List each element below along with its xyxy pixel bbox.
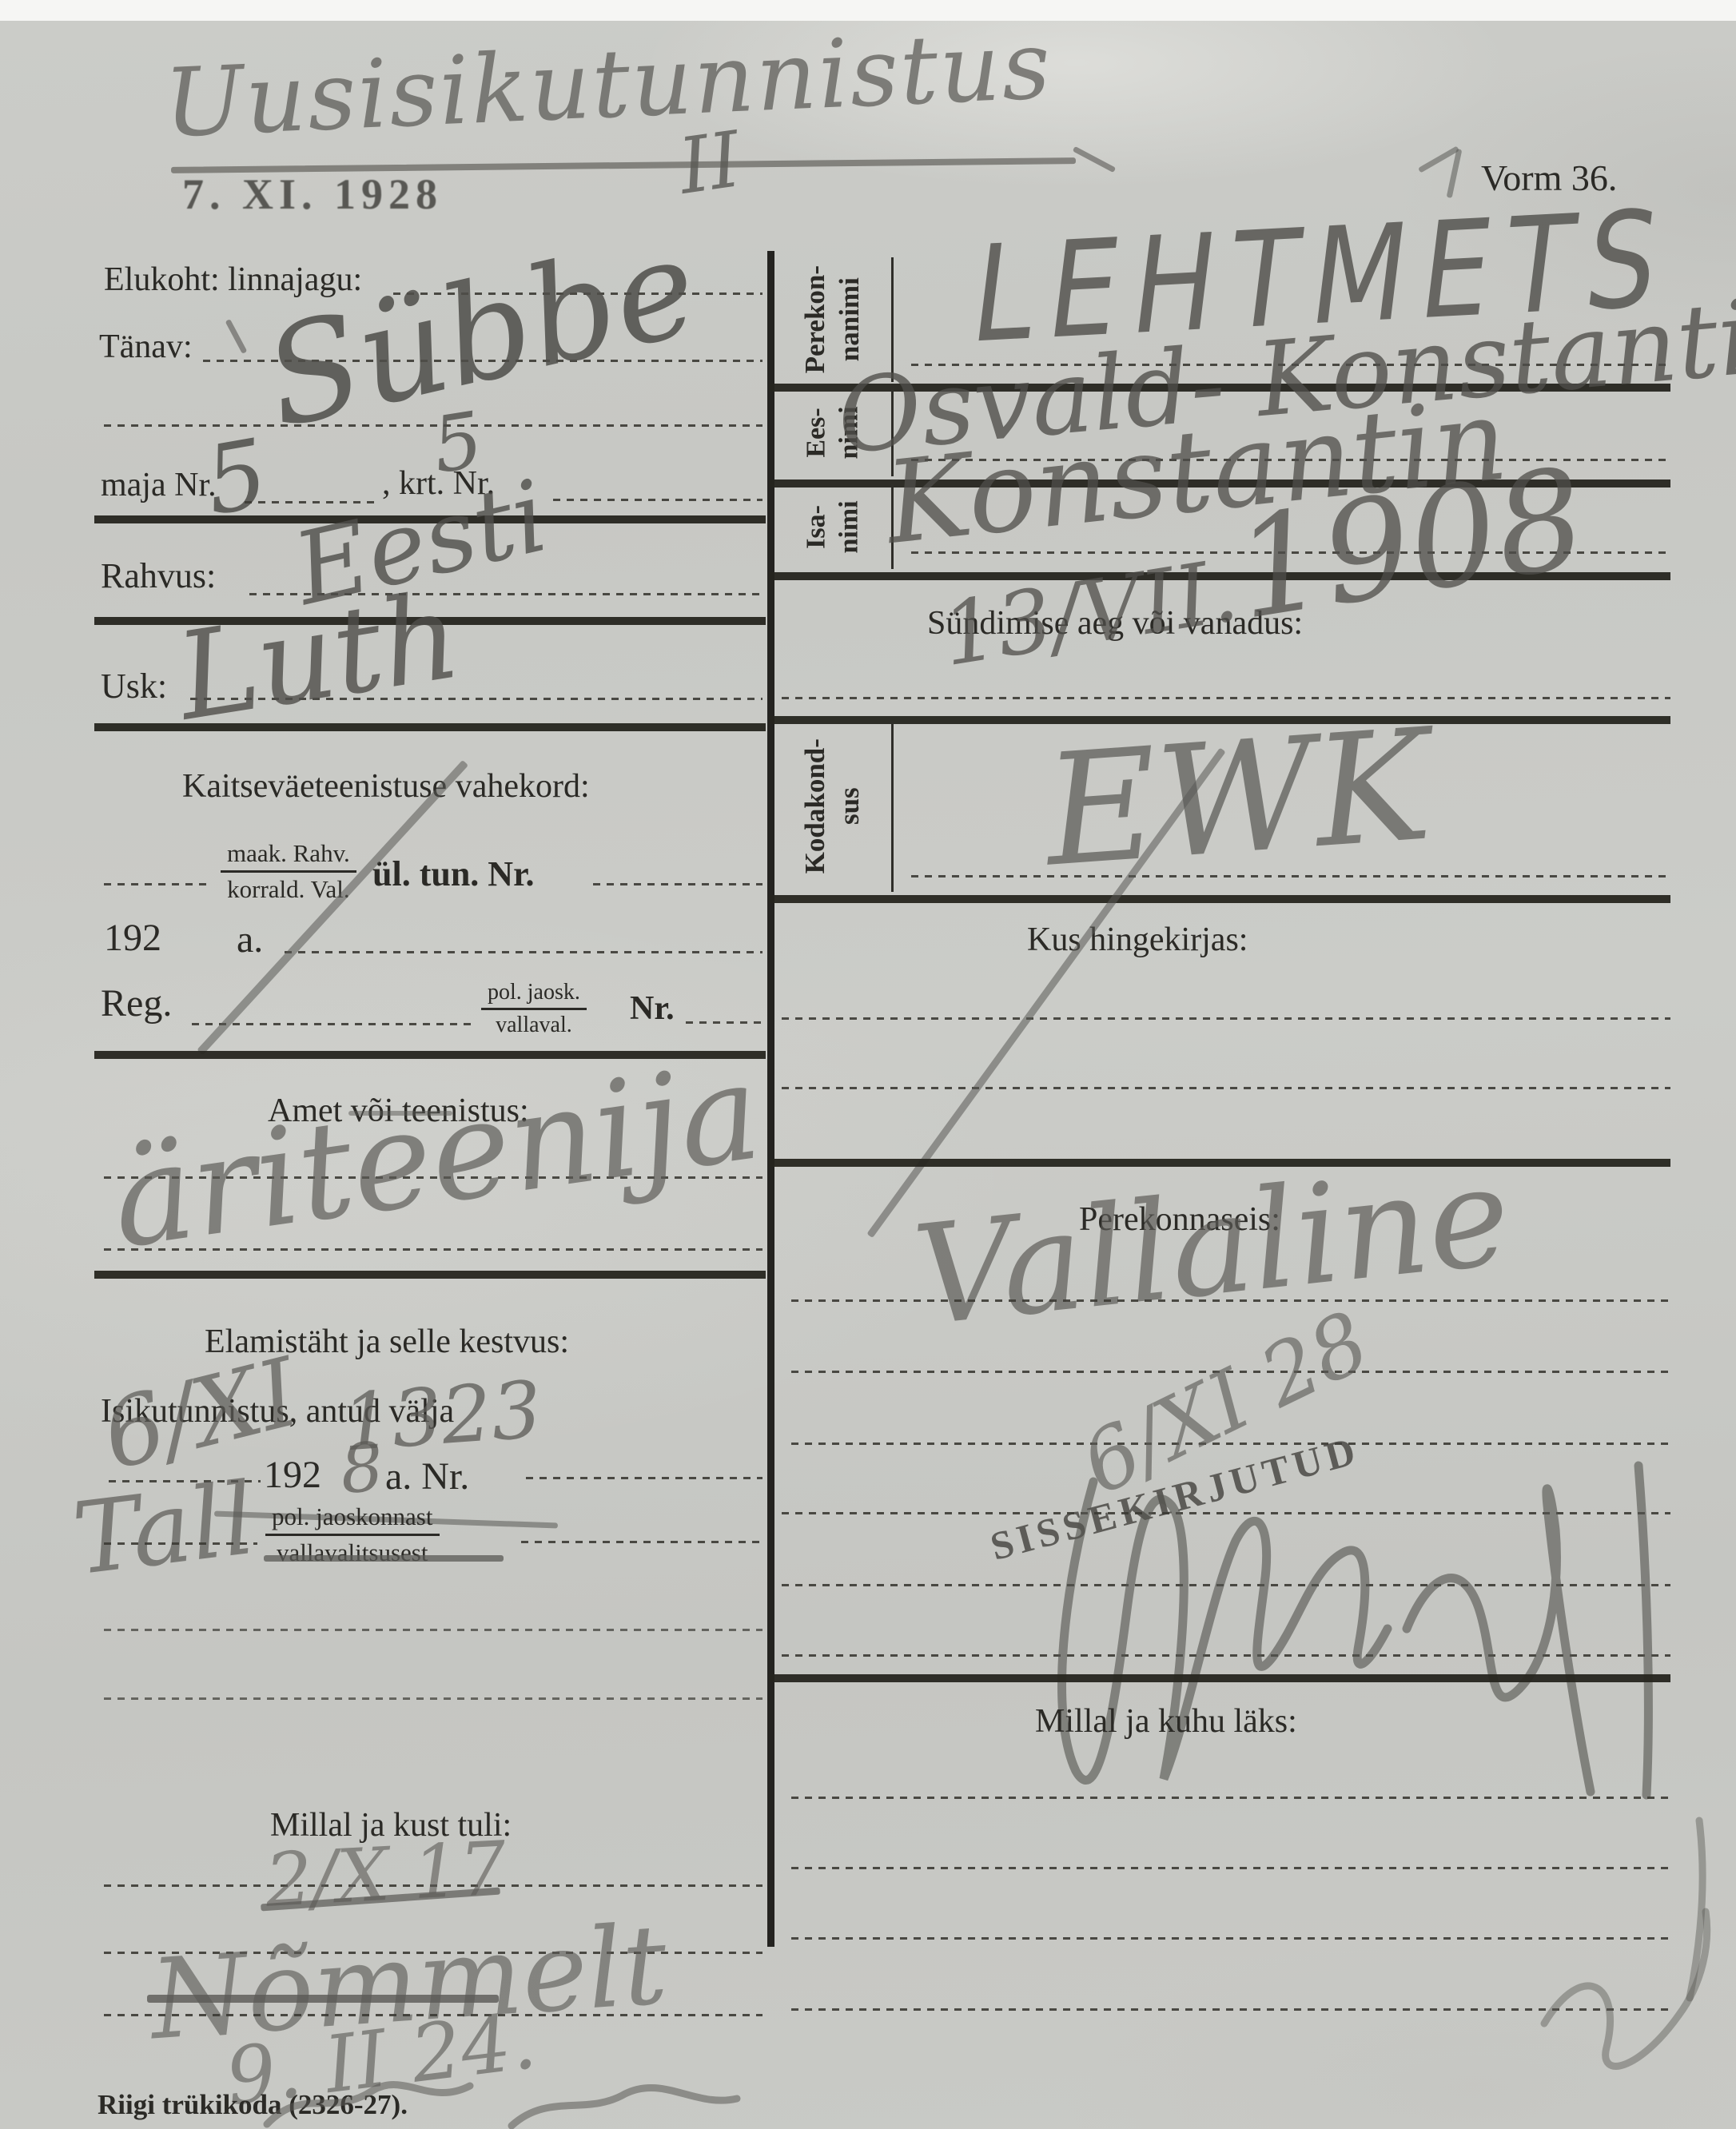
dotted-line <box>553 499 762 501</box>
maja-label: maja Nr. <box>101 466 217 504</box>
column-divider <box>767 251 774 1947</box>
kaitsevae-fraction-top: maak. Rahv. <box>221 839 356 873</box>
year-prefix: 192 <box>104 916 161 960</box>
kaitsevae-heading: Kaitseväeteenistuse vahekord: <box>182 767 590 806</box>
dotted-line <box>192 1023 473 1025</box>
reg-suffix: Nr. <box>630 989 675 1028</box>
section-rule <box>769 895 1670 903</box>
dotted-line <box>782 1087 1670 1089</box>
usk-label: Usk: <box>101 666 167 706</box>
tanav-label: Tänav: <box>99 328 193 366</box>
dotted-line <box>526 1477 762 1479</box>
dotted-line <box>782 697 1670 699</box>
millal-laks-heading: Millal ja kuhu läks: <box>1035 1702 1297 1741</box>
scanned-form-page: Uusisikutunnistus 7. XI. 1928 Vorm 36. E… <box>0 0 1736 2129</box>
reg-label: Reg. <box>101 981 172 1025</box>
issued-fraction-top: pol. jaoskonnast <box>265 1502 440 1536</box>
hingekirjas-heading: Kus hingekirjas: <box>1027 921 1248 959</box>
bottom-right-pencil-marks <box>1519 1814 1734 2086</box>
kodakondsus-value: EWK <box>1040 696 1435 901</box>
tuli-entry-crossed: 2/X 17 <box>263 1825 508 1924</box>
pencil-strike <box>147 1995 499 2003</box>
official-signature <box>1031 1456 1670 1800</box>
dotted-line <box>686 1021 762 1024</box>
kaitsevae-suffix: ül. tun. Nr. <box>372 854 535 894</box>
dotted-line <box>285 951 762 953</box>
issued-fraction-bottom: vallavalitsusest <box>265 1536 440 1567</box>
dotted-line <box>593 883 762 885</box>
pencil-strike-vallavalitsusest <box>264 1555 504 1562</box>
issued-number: 1323 <box>339 1364 544 1469</box>
dotted-line <box>104 1542 257 1545</box>
bottom-scribble <box>248 2075 759 2129</box>
issued-place: Tall <box>67 1462 261 1598</box>
dotted-line <box>104 1697 762 1700</box>
issued-year-prefix: 192 <box>264 1453 321 1497</box>
kodakondsus-label-box: Kodakond- sus <box>774 721 894 892</box>
dotted-line <box>104 1629 762 1631</box>
year-a: a. <box>237 917 263 961</box>
reg-fraction: pol. jaosk. vallaval. <box>481 980 587 1038</box>
isanimi-label-box: Isa- nimi <box>774 484 894 569</box>
section-rule <box>94 1271 766 1279</box>
reg-fraction-top: pol. jaosk. <box>481 980 587 1010</box>
dotted-line <box>791 1797 1670 1799</box>
dotted-line <box>104 883 213 885</box>
kodakondsus-label: Kodakond- sus <box>798 738 866 873</box>
linnajagu-value: II <box>674 114 747 211</box>
kaitsevae-fraction: maak. Rahv. korrald. Val. <box>221 839 356 904</box>
date-stamp: 7. XI. 1928 <box>182 169 443 219</box>
dotted-line <box>782 1017 1670 1020</box>
dotted-line <box>791 1299 1670 1302</box>
section-rule <box>769 1674 1670 1682</box>
reg-fraction-bottom: vallaval. <box>481 1010 587 1038</box>
isanimi-label: Isa- nimi <box>800 500 866 553</box>
section-rule <box>94 723 766 731</box>
rahvus-label: Rahvus: <box>101 555 216 596</box>
dotted-line <box>521 1541 762 1543</box>
